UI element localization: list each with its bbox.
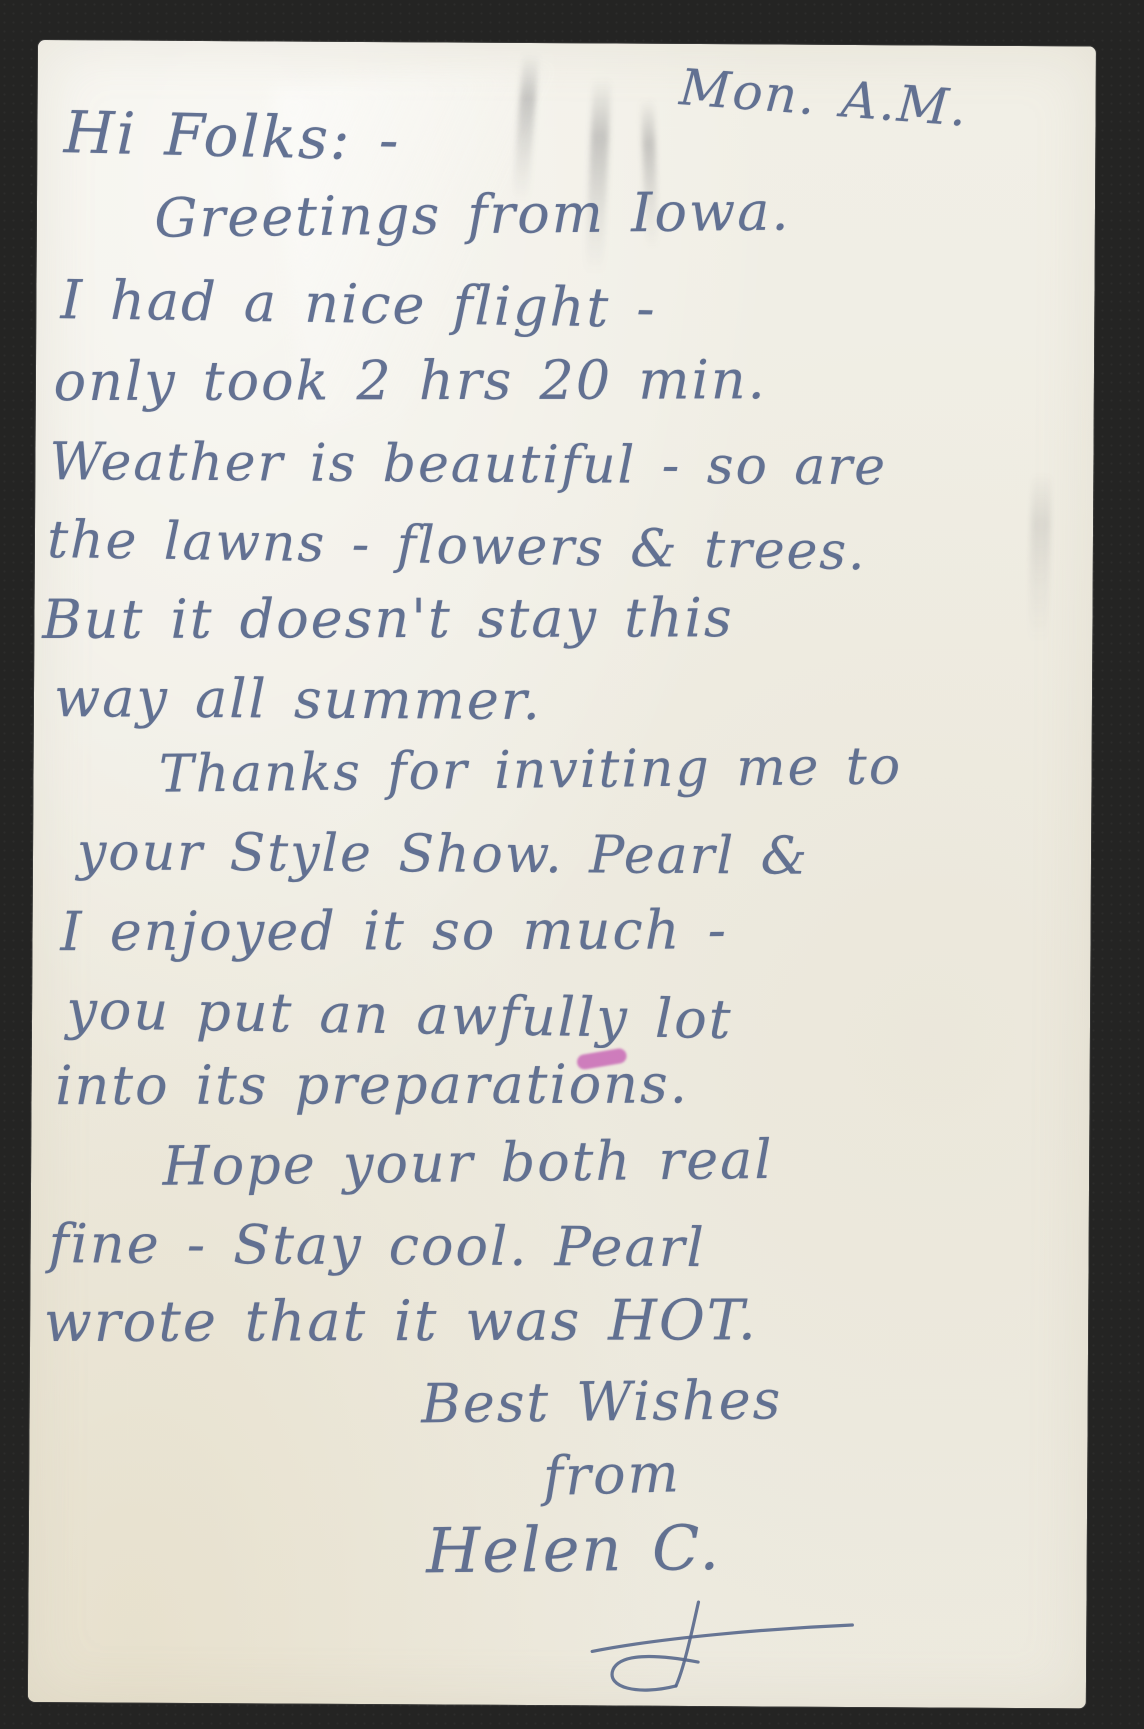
closing-line: Best Wishes xyxy=(421,1368,783,1435)
handwritten-line: I enjoyed it so much - xyxy=(60,898,728,963)
closing-line: from xyxy=(542,1441,681,1508)
handwritten-line: Thanks for inviting me to xyxy=(159,736,903,804)
handwritten-line: the lawns - flowers & trees. xyxy=(47,510,867,582)
handwritten-line: your Style Show. Pearl & xyxy=(77,822,809,886)
handwritten-line: Hope your both real xyxy=(162,1128,774,1198)
handwritten-line: But it doesn't stay this xyxy=(42,586,734,651)
handwritten-line: you put an awfully lot xyxy=(66,978,733,1051)
salutation: Hi Folks: - xyxy=(63,98,401,174)
smudge-mark xyxy=(1028,471,1052,646)
handwritten-line: Weather is beautiful - so are xyxy=(49,432,887,497)
scanned-letter-photo: { "letter": { "dateline": "Mon. A.M.", "… xyxy=(0,0,1144,1729)
smudge-mark xyxy=(512,53,539,204)
handwritten-line: Greetings from Iowa. xyxy=(154,180,791,250)
postcard-paper: Mon. A.M. Hi Folks: - Greetings from Iow… xyxy=(28,40,1096,1708)
handwritten-line: wrote that it was HOT. xyxy=(44,1288,758,1355)
handwritten-line: only took 2 hrs 20 min. xyxy=(54,348,767,413)
handwritten-line: I had a nice flight - xyxy=(60,268,657,340)
dateline: Mon. A.M. xyxy=(678,58,971,138)
handwritten-line: way all summer. xyxy=(54,666,542,732)
signature: Helen C. xyxy=(426,1511,722,1587)
signature-flourish xyxy=(580,1595,881,1697)
handwritten-line: fine - Stay cool. Pearl xyxy=(48,1212,706,1279)
